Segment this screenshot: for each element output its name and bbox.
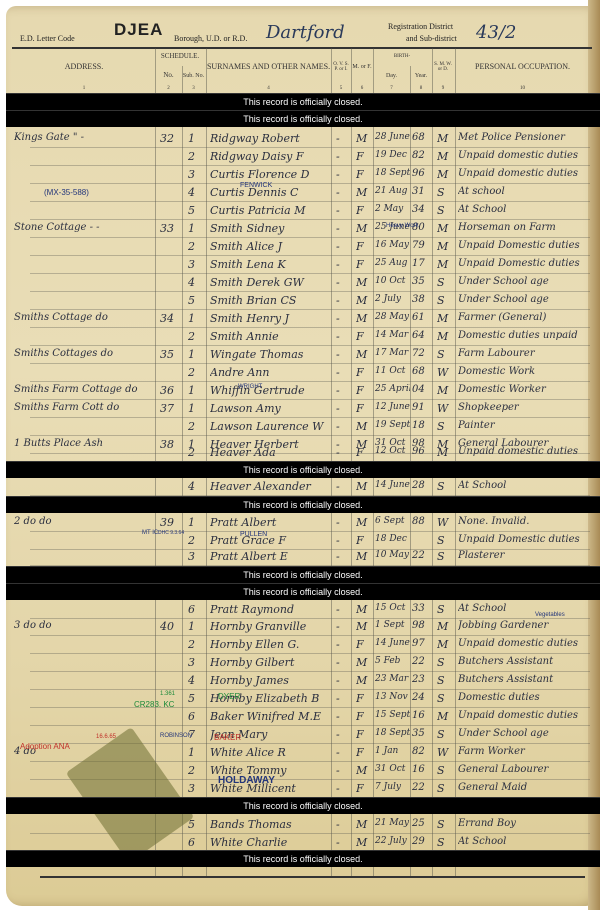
cell-address: [14, 276, 154, 291]
cell-sex: F: [356, 204, 372, 219]
note-vegetables: Vegetables: [535, 612, 565, 618]
table-row: 5Bands Thomas-M21 May25SErrand Boy: [0, 816, 594, 834]
cell-sex: F: [356, 330, 372, 345]
cell-no: 40: [160, 620, 182, 635]
cell-address: Smiths Farm Cott do: [14, 402, 154, 417]
cell-year: 68: [412, 132, 432, 147]
cell-no: [160, 603, 182, 618]
cell-sex: F: [356, 782, 372, 797]
cell-year: 28: [412, 480, 432, 495]
cell-sub: 2: [188, 638, 204, 653]
cell-address: Kings Gate " -: [14, 132, 154, 147]
cell-sub: 4: [188, 480, 204, 495]
cell-year: [412, 534, 432, 549]
col-num-6: 6: [351, 86, 373, 93]
cell-day: 13 Nov: [375, 692, 410, 707]
cell-address: [14, 204, 154, 219]
col-num-3: 3: [182, 86, 205, 93]
cell-occupation: Met Police Pensioner: [458, 132, 590, 147]
cell-address: [14, 550, 154, 565]
note-cr-number: 1.361: [160, 691, 175, 697]
cell-day: 25 Aug: [375, 258, 410, 273]
cell-address: [14, 603, 154, 618]
cell-ovs: -: [336, 836, 350, 851]
cell-status: S: [437, 836, 453, 851]
cell-ovs: -: [336, 366, 350, 381]
cell-occupation: Unpaid Domestic duties: [458, 240, 590, 255]
cell-address: Smiths Cottage do: [14, 312, 154, 327]
cell-no: [160, 674, 182, 689]
cell-day: 18 Sept: [375, 168, 410, 183]
cell-occupation: Unpaid domestic duties: [458, 150, 590, 165]
cell-day: 18 Sept: [375, 728, 410, 743]
cell-name: Whiffin Gertrude: [210, 384, 330, 399]
cell-sub: 5: [188, 692, 204, 707]
cell-sex: F: [356, 710, 372, 725]
col-birth-year: Year.: [410, 66, 432, 86]
ed-letter-code-label: E.D. Letter Code: [20, 34, 75, 43]
note-adoption-date: 16.6.65: [96, 734, 116, 740]
cell-occupation: Unpaid domestic duties: [458, 446, 590, 461]
table-row: 3Pratt Albert E-M10 May22SPlasterer: [0, 548, 594, 566]
cell-sub: 6: [188, 836, 204, 851]
cell-name: Heaver Alexander: [210, 480, 330, 495]
cell-no: 32: [160, 132, 182, 147]
cell-address: Smiths Farm Cottage do: [14, 384, 154, 399]
cell-sex: M: [356, 276, 372, 291]
cell-ovs: -: [336, 674, 350, 689]
cell-ovs: -: [336, 222, 350, 237]
cell-year: 23: [412, 674, 432, 689]
cell-occupation: At school: [458, 186, 590, 201]
cell-no: 39: [160, 516, 182, 531]
cell-occupation: Under School age: [458, 276, 590, 291]
cell-status: S: [437, 480, 453, 495]
table-row: 2Andre Ann-F11 Oct68WDomestic Work: [0, 364, 594, 382]
cell-no: [160, 258, 182, 273]
cell-sub: 2: [188, 446, 204, 461]
table-row: 2Smith Annie-F14 Mar64MDomestic duties u…: [0, 328, 594, 346]
cell-no: [160, 366, 182, 381]
cell-status: S: [437, 294, 453, 309]
cell-sub: 1: [188, 132, 204, 147]
cell-no: [160, 534, 182, 549]
cell-year: 98: [412, 620, 432, 635]
cell-ovs: -: [336, 276, 350, 291]
col-schedule-no: No.: [155, 66, 182, 86]
cell-address: [14, 710, 154, 725]
cell-name: Smith Sidney: [210, 222, 330, 237]
table-row: 5Curtis Patricia M-F2 May34SAt School: [0, 202, 594, 220]
cell-sex: F: [356, 168, 372, 183]
cell-sex: M: [356, 294, 372, 309]
cell-day: 7 July: [375, 782, 410, 797]
cell-status: M: [437, 638, 453, 653]
ed-letter-code: DJEA: [114, 20, 163, 40]
cell-name: Pratt Grace F: [210, 534, 330, 549]
cell-ovs: -: [336, 782, 350, 797]
cell-sex: M: [356, 764, 372, 779]
cell-day: 10 May: [375, 550, 410, 565]
cell-day: 1 Sept: [375, 620, 410, 635]
col-schedule-sub: Sub. No.: [182, 66, 205, 86]
cell-occupation: Farm Labourer: [458, 348, 590, 363]
cell-sex: M: [356, 603, 372, 618]
cell-sub: 1: [188, 222, 204, 237]
cell-address: [14, 330, 154, 345]
cell-no: [160, 150, 182, 165]
cell-name: Lawson Laurence W: [210, 420, 330, 435]
cell-ovs: -: [336, 294, 350, 309]
cell-occupation: At School: [458, 836, 590, 851]
cell-day: 31 Oct: [375, 764, 410, 779]
table-row: 3Smith Lena K-F25 Aug17MUnpaid Domestic …: [0, 256, 594, 274]
cell-day: 2 July: [375, 294, 410, 309]
borough-label: Borough, U.D. or R.D.: [174, 34, 247, 43]
closed-record-bar: This record is officially closed.: [6, 461, 600, 478]
cell-year: 33: [412, 603, 432, 618]
cell-address: [14, 240, 154, 255]
col-num-9: 9: [432, 86, 454, 93]
cell-year: 97: [412, 638, 432, 653]
cell-sub: 3: [188, 550, 204, 565]
cell-status: M: [437, 620, 453, 635]
cell-occupation: Under School age: [458, 294, 590, 309]
cell-ovs: -: [336, 132, 350, 147]
cell-day: 15 Sept: [375, 710, 410, 725]
cell-name: Andre Ann: [210, 366, 330, 381]
cell-ovs: -: [336, 312, 350, 327]
cell-name: White Alice R: [210, 746, 330, 761]
cell-sex: F: [356, 240, 372, 255]
cell-sub: 5: [188, 204, 204, 219]
borough-value: Dartford: [266, 22, 345, 43]
cell-name: Hornby James: [210, 674, 330, 689]
cell-sub: 6: [188, 710, 204, 725]
cell-year: 91: [412, 402, 432, 417]
cell-address: Stone Cottage - -: [14, 222, 154, 237]
closed-record-bar: This record is officially closed.: [6, 496, 600, 513]
cell-sex: F: [356, 534, 372, 549]
cell-year: 04: [412, 384, 432, 399]
cell-address: [14, 638, 154, 653]
table-row: 4Heaver Alexander-M14 June28SAt School: [0, 478, 594, 496]
closed-record-bar: This record is officially closed.: [6, 93, 600, 110]
cell-sex: M: [356, 186, 372, 201]
col-ovs: O. V. S. P. or I.: [331, 48, 351, 86]
cell-address: [14, 656, 154, 671]
cell-sub: 3: [188, 258, 204, 273]
registration-label-1: Registration District: [388, 22, 453, 31]
cell-sex: F: [356, 446, 372, 461]
cell-status: W: [437, 402, 453, 417]
cell-year: 18: [412, 420, 432, 435]
cell-day: 28 May: [375, 312, 410, 327]
cell-sub: 5: [188, 818, 204, 833]
col-num-8: 8: [410, 86, 432, 93]
cell-year: 35: [412, 728, 432, 743]
cell-year: 22: [412, 550, 432, 565]
cell-year: 68: [412, 366, 432, 381]
note-pullen: PULLEN: [240, 531, 267, 538]
note-dhc: DHC 9.3.64: [158, 530, 184, 536]
cell-year: 96: [412, 168, 432, 183]
col-schedule: SCHEDULE.: [155, 48, 205, 66]
cell-ovs: -: [336, 186, 350, 201]
cell-no: [160, 550, 182, 565]
table-row: 7Jean Mary-F18 Sept35SUnder School age: [0, 726, 594, 744]
cell-sex: M: [356, 420, 372, 435]
note-heavy-work: Heavy Work: [386, 223, 419, 229]
cell-sub: 2: [188, 420, 204, 435]
cell-sex: F: [356, 402, 372, 417]
table-row: 6Pratt Raymond-M15 Oct33SAt School: [0, 601, 594, 619]
cell-status: M: [437, 710, 453, 725]
cell-ovs: -: [336, 240, 350, 255]
register-header: E.D. Letter Code DJEA Borough, U.D. or R…: [14, 18, 594, 48]
cell-sex: F: [356, 258, 372, 273]
cell-occupation: At School: [458, 603, 590, 618]
cell-status: S: [437, 550, 453, 565]
cell-name: Bands Thomas: [210, 818, 330, 833]
cell-occupation: Domestic duties: [458, 692, 590, 707]
cell-status: S: [437, 782, 453, 797]
cell-name: Ridgway Daisy F: [210, 150, 330, 165]
cell-sub: 2: [188, 534, 204, 549]
cell-no: [160, 656, 182, 671]
table-row: 3 do do401Hornby Granville-M1 Sept98MJob…: [0, 618, 594, 636]
cell-occupation: Shopkeeper: [458, 402, 590, 417]
cell-status: W: [437, 516, 453, 531]
cell-sub: 1: [188, 348, 204, 363]
cell-year: 24: [412, 692, 432, 707]
cell-day: 6 Sept: [375, 516, 410, 531]
closed-record-bar: This record is officially closed.: [6, 850, 600, 867]
cell-name: Hornby Gilbert: [210, 656, 330, 671]
cell-year: 88: [412, 516, 432, 531]
cell-ovs: -: [336, 480, 350, 495]
table-row: Smiths Farm Cottage do361Whiffin Gertrud…: [0, 382, 594, 400]
cell-day: 12 June: [375, 402, 410, 417]
cell-address: Smiths Cottages do: [14, 348, 154, 363]
cell-status: S: [437, 674, 453, 689]
cell-no: 34: [160, 312, 182, 327]
cell-occupation: Unpaid domestic duties: [458, 168, 590, 183]
cell-status: M: [437, 240, 453, 255]
table-row: 4Hornby James-M23 Mar23SButchers Assista…: [0, 672, 594, 690]
cell-year: 35: [412, 276, 432, 291]
cell-name: Hornby Ellen G.: [210, 638, 330, 653]
cell-status: M: [437, 312, 453, 327]
cell-sex: F: [356, 692, 372, 707]
cell-occupation: Painter: [458, 420, 590, 435]
cell-no: [160, 710, 182, 725]
cell-year: 64: [412, 330, 432, 345]
col-marital: S. M. W. or D.: [432, 48, 454, 86]
note-dyer: DYER: [218, 692, 240, 701]
cell-ovs: -: [336, 656, 350, 671]
cell-sub: 1: [188, 620, 204, 635]
cell-no: [160, 294, 182, 309]
cell-no: [160, 446, 182, 461]
closed-record-bar: This record is officially closed.: [6, 110, 600, 127]
cell-address: [14, 168, 154, 183]
cell-sex: F: [356, 728, 372, 743]
cell-sex: M: [356, 222, 372, 237]
cell-name: Smith Lena K: [210, 258, 330, 273]
table-row: 5Smith Brian CS-M2 July38SUnder School a…: [0, 292, 594, 310]
cell-address: [14, 674, 154, 689]
cell-day: 18 Dec: [375, 534, 410, 549]
col-address: ADDRESS.: [14, 48, 154, 86]
cell-no: [160, 480, 182, 495]
table-row: 2Smith Alice J-F16 May79MUnpaid Domestic…: [0, 238, 594, 256]
cell-address: [14, 480, 154, 495]
cell-sub: 2: [188, 150, 204, 165]
note-baker: BAKER: [214, 733, 241, 742]
cell-ovs: -: [336, 638, 350, 653]
closed-record-bar: This record is officially closed.: [6, 797, 600, 814]
cell-occupation: Farmer (General): [458, 312, 590, 327]
cell-status: M: [437, 258, 453, 273]
cell-sub: 3: [188, 656, 204, 671]
cell-ovs: -: [336, 258, 350, 273]
cell-name: Smith Derek GW: [210, 276, 330, 291]
cell-occupation: Domestic duties unpaid: [458, 330, 590, 345]
table-row: 2Lawson Laurence W-M19 Sept18SPainter: [0, 418, 594, 436]
cell-sub: 4: [188, 186, 204, 201]
cell-sex: F: [356, 150, 372, 165]
cell-status: S: [437, 656, 453, 671]
cell-status: S: [437, 692, 453, 707]
cell-status: M: [437, 384, 453, 399]
cell-occupation: At School: [458, 204, 590, 219]
cell-year: 38: [412, 294, 432, 309]
col-num-7: 7: [373, 86, 410, 93]
cell-sub: 2: [188, 240, 204, 255]
cell-sex: M: [356, 836, 372, 851]
col-num-10: 10: [455, 86, 590, 93]
cell-sex: M: [356, 516, 372, 531]
cell-ovs: -: [336, 550, 350, 565]
cell-occupation: At School: [458, 480, 590, 495]
cell-status: M: [437, 132, 453, 147]
cell-sub: 4: [188, 276, 204, 291]
cell-occupation: Jobbing Gardener: [458, 620, 590, 635]
cell-name: Smith Alice J: [210, 240, 330, 255]
cell-no: [160, 746, 182, 761]
bottom-rule: [40, 876, 585, 878]
cell-sex: M: [356, 620, 372, 635]
cell-name: Wingate Thomas: [210, 348, 330, 363]
col-sex: M. or F.: [351, 48, 373, 86]
cell-occupation: General Labourer: [458, 764, 590, 779]
cell-sex: M: [356, 480, 372, 495]
cell-sub: 1: [188, 516, 204, 531]
table-row: 2Hornby Ellen G.-F14 June97MUnpaid domes…: [0, 636, 594, 654]
table-row: 5Hornby Elizabeth B-F13 Nov24SDomestic d…: [0, 690, 594, 708]
cell-day: 2 May: [375, 204, 410, 219]
table-row: Smiths Cottage do341Smith Henry J-M28 Ma…: [0, 310, 594, 328]
cell-sex: F: [356, 746, 372, 761]
cell-year: 31: [412, 186, 432, 201]
cell-day: 19 Dec: [375, 150, 410, 165]
cell-occupation: Errand Boy: [458, 818, 590, 833]
cell-occupation: Domestic Worker: [458, 384, 590, 399]
cell-day: 17 Mar: [375, 348, 410, 363]
cell-name: Pratt Albert E: [210, 550, 330, 565]
cell-no: [160, 330, 182, 345]
cell-name: Lawson Amy: [210, 402, 330, 417]
cell-occupation: Unpaid domestic duties: [458, 638, 590, 653]
closed-record-bar: This record is officially closed.: [6, 583, 600, 600]
cell-ovs: -: [336, 150, 350, 165]
cell-sex: M: [356, 348, 372, 363]
cell-occupation: Plasterer: [458, 550, 590, 565]
table-row: 4Curtis Dennis C-M21 Aug31SAt school: [0, 184, 594, 202]
cell-sex: M: [356, 550, 372, 565]
cell-sub: 6: [188, 603, 204, 618]
registration-district-value: 43/2: [476, 22, 516, 43]
table-row: 4Smith Derek GW-M10 Oct35SUnder School a…: [0, 274, 594, 292]
cell-name: Heaver Ada: [210, 446, 330, 461]
cell-ovs: -: [336, 168, 350, 183]
note-adoption: Adoption ANA: [20, 742, 70, 751]
note-mx: (MX-35-588): [44, 188, 89, 197]
cell-sub: 1: [188, 384, 204, 399]
cell-address: [14, 150, 154, 165]
cell-name: White Charlie: [210, 836, 330, 851]
cell-year: 82: [412, 150, 432, 165]
cell-occupation: Butchers Assistant: [458, 656, 590, 671]
cell-name: Pratt Raymond: [210, 603, 330, 618]
cell-ovs: -: [336, 534, 350, 549]
cell-sub: 2: [188, 330, 204, 345]
cell-name: Smith Brian CS: [210, 294, 330, 309]
cell-day: 10 Oct: [375, 276, 410, 291]
cell-occupation: Unpaid Domestic duties: [458, 258, 590, 273]
cell-occupation: Horseman on Farm: [458, 222, 590, 237]
cell-no: [160, 638, 182, 653]
cell-status: S: [437, 276, 453, 291]
table-row: 2 do do391Pratt Albert-M6 Sept88WNone. I…: [0, 514, 594, 532]
cell-sex: M: [356, 818, 372, 833]
cell-ovs: -: [336, 746, 350, 761]
col-birth-day: Day.: [373, 66, 410, 86]
cell-occupation: Unpaid domestic duties: [458, 710, 590, 725]
cell-occupation: Butchers Assistant: [458, 674, 590, 689]
cell-address: [14, 258, 154, 273]
cell-name: Curtis Patricia M: [210, 204, 330, 219]
cell-sub: 1: [188, 312, 204, 327]
cell-ovs: -: [336, 620, 350, 635]
cell-year: 61: [412, 312, 432, 327]
col-birth: BIRTH-: [373, 48, 431, 66]
col-num-1: 1: [14, 86, 154, 93]
table-row: 3Curtis Florence D-F18 Sept96MUnpaid dom…: [0, 166, 594, 184]
cell-occupation: Farm Worker: [458, 746, 590, 761]
cell-sex: M: [356, 674, 372, 689]
cell-day: 22 July: [375, 836, 410, 851]
cell-no: 37: [160, 402, 182, 417]
closed-record-bar: This record is officially closed.: [6, 566, 600, 583]
cell-year: 29: [412, 836, 432, 851]
cell-no: [160, 240, 182, 255]
cell-day: 25 April: [375, 384, 410, 399]
cell-occupation: General Maid: [458, 782, 590, 797]
cell-no: [160, 420, 182, 435]
cell-day: 14 Mar: [375, 330, 410, 345]
